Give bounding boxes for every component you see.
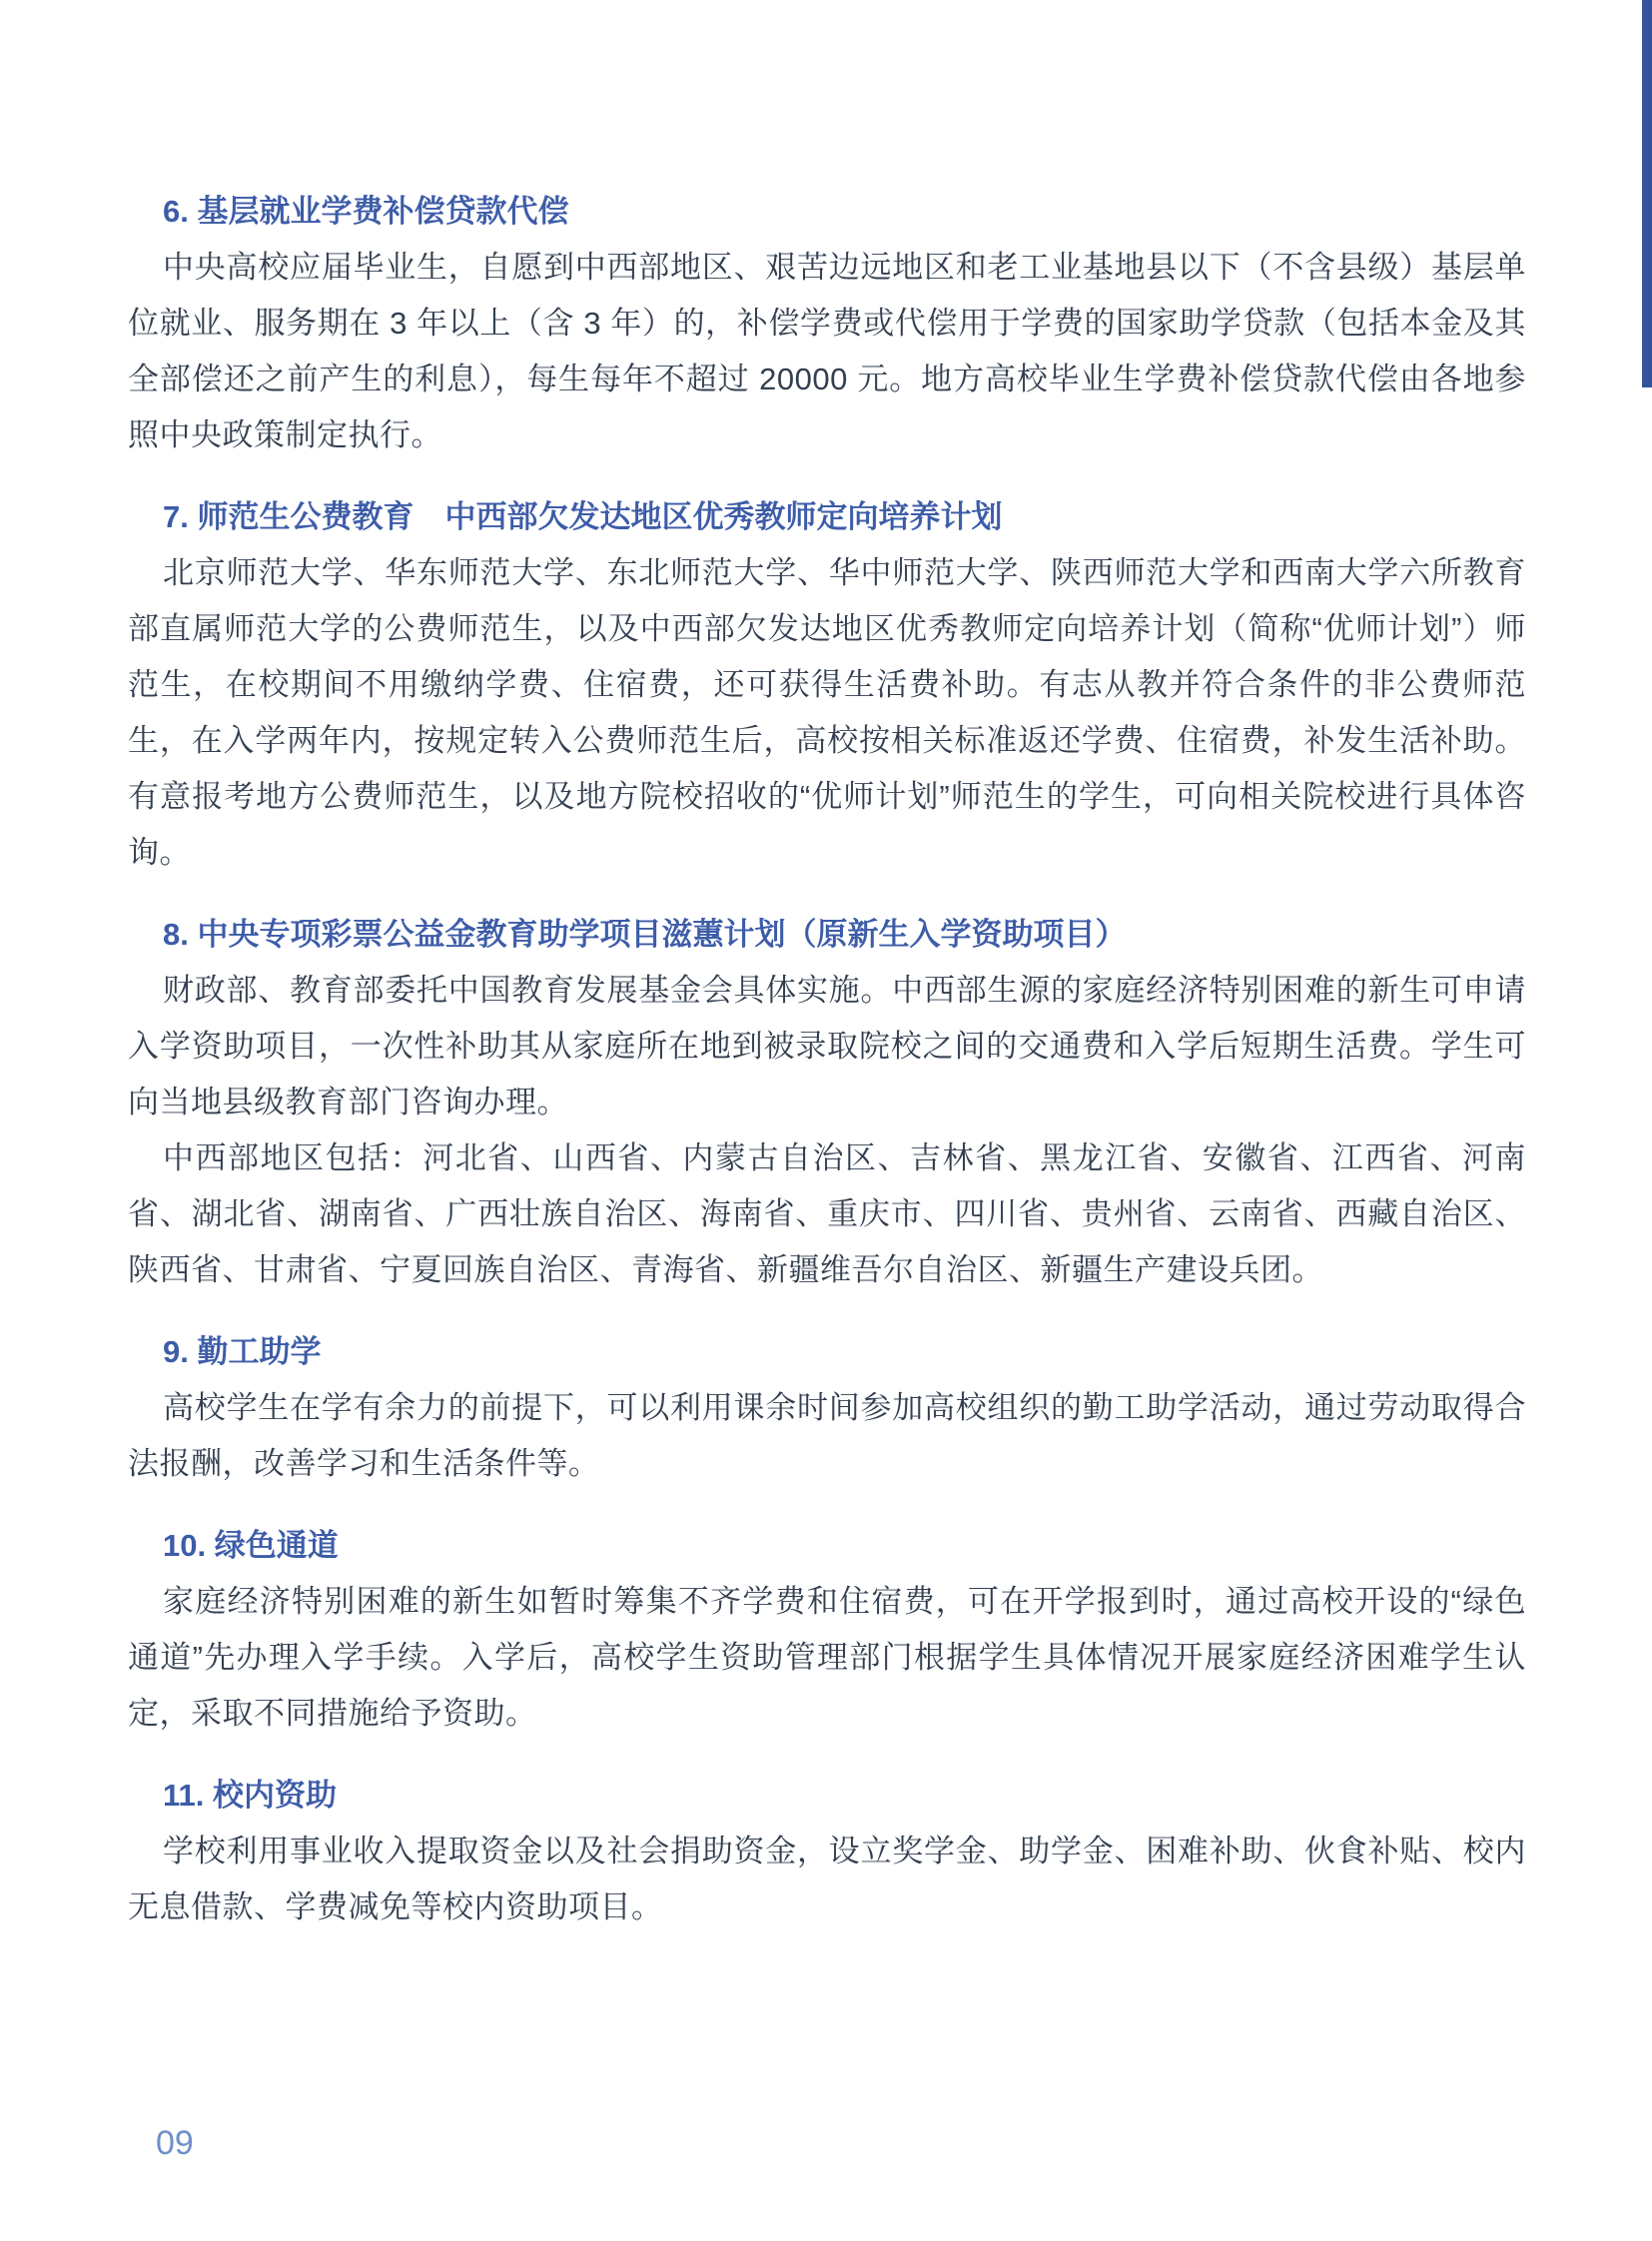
page-number: 09 bbox=[156, 2123, 194, 2163]
right-edge-accent-bar bbox=[1642, 0, 1652, 387]
section-8-paragraph-2: 中西部地区包括：河北省、山西省、内蒙古自治区、吉林省、黑龙江省、安徽省、江西省、… bbox=[128, 1130, 1526, 1298]
section-9-heading: 9. 勤工助学 bbox=[128, 1324, 1526, 1380]
section-8: 8. 中央专项彩票公益金教育助学项目滋蕙计划（原新生入学资助项目） 财政部、教育… bbox=[128, 907, 1526, 1298]
section-6-paragraph: 中央高校应届毕业生，自愿到中西部地区、艰苦边远地区和老工业基地县以下（不含县级）… bbox=[128, 240, 1526, 463]
section-7-paragraph: 北京师范大学、华东师范大学、东北师范大学、华中师范大学、陕西师范大学和西南大学六… bbox=[128, 545, 1526, 881]
section-11: 11. 校内资助 学校利用事业收入提取资金以及社会捐助资金，设立奖学金、助学金、… bbox=[128, 1768, 1526, 1935]
section-8-heading: 8. 中央专项彩票公益金教育助学项目滋蕙计划（原新生入学资助项目） bbox=[128, 907, 1526, 963]
section-7: 7. 师范生公费教育 中西部欠发达地区优秀教师定向培养计划 北京师范大学、华东师… bbox=[128, 489, 1526, 881]
section-9-paragraph: 高校学生在学有余力的前提下，可以利用课余时间参加高校组织的勤工助学活动，通过劳动… bbox=[128, 1380, 1526, 1492]
section-7-heading: 7. 师范生公费教育 中西部欠发达地区优秀教师定向培养计划 bbox=[128, 489, 1526, 545]
document-page: 6. 基层就业学费补偿贷款代偿 中央高校应届毕业生，自愿到中西部地区、艰苦边远地… bbox=[0, 0, 1652, 2241]
section-6: 6. 基层就业学费补偿贷款代偿 中央高校应届毕业生，自愿到中西部地区、艰苦边远地… bbox=[128, 184, 1526, 463]
section-10: 10. 绿色通道 家庭经济特别困难的新生如暂时筹集不齐学费和住宿费，可在开学报到… bbox=[128, 1518, 1526, 1742]
section-6-heading: 6. 基层就业学费补偿贷款代偿 bbox=[128, 184, 1526, 240]
section-10-paragraph: 家庭经济特别困难的新生如暂时筹集不齐学费和住宿费，可在开学报到时，通过高校开设的… bbox=[128, 1574, 1526, 1742]
page-content: 6. 基层就业学费补偿贷款代偿 中央高校应届毕业生，自愿到中西部地区、艰苦边远地… bbox=[128, 184, 1526, 1935]
section-10-heading: 10. 绿色通道 bbox=[128, 1518, 1526, 1574]
section-8-paragraph-1: 财政部、教育部委托中国教育发展基金会具体实施。中西部生源的家庭经济特别困难的新生… bbox=[128, 963, 1526, 1130]
section-11-heading: 11. 校内资助 bbox=[128, 1768, 1526, 1824]
section-11-paragraph: 学校利用事业收入提取资金以及社会捐助资金，设立奖学金、助学金、困难补助、伙食补贴… bbox=[128, 1824, 1526, 1935]
section-9: 9. 勤工助学 高校学生在学有余力的前提下，可以利用课余时间参加高校组织的勤工助… bbox=[128, 1324, 1526, 1492]
